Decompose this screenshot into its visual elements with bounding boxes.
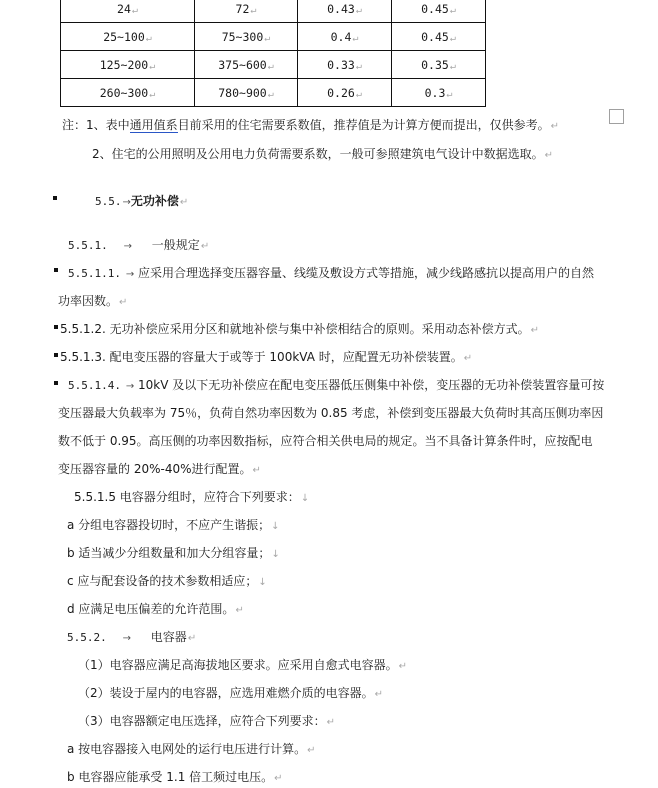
- table-cell: 125~200↵: [61, 51, 195, 79]
- list-bullet-icon: [54, 353, 58, 357]
- list-bullet-icon: [53, 196, 57, 200]
- clause-5-5-1-4-line2: 变压器最大负载率为 75％，负荷自然功率因数为 0.85 考虑，补偿到变压器最大…: [58, 404, 603, 421]
- heading-5-5-2: 5.5.2. → 电容器↵: [67, 628, 196, 645]
- clause-5-5-1-5-d: d 应满足电压偏差的允许范围。↵: [67, 600, 244, 617]
- clause-5-5-1-5-b: b 适当减少分组数量和加大分组容量；↓: [67, 544, 280, 561]
- table-cell: 75~300↵: [195, 23, 298, 51]
- clause-5-5-1-3: 5.5.1.3. 配电变压器的容量大于或等于 100kVA 时，应配置无功补偿装…: [60, 348, 472, 365]
- capacitor-item-3: （3）电容器额定电压选择，应符合下列要求：↵: [78, 712, 335, 729]
- table-cell: 0.43↵: [298, 0, 392, 23]
- table-cell: 24↵: [61, 0, 195, 23]
- list-bullet-icon: [54, 325, 58, 329]
- table-cell: 0.3↵: [392, 79, 486, 107]
- clause-5-5-1-2: 5.5.1.2. 无功补偿应采用分区和就地补偿与集中补偿相结合的原则。采用动态补…: [60, 320, 539, 337]
- spellcheck-underlined-text: 通用值系: [130, 118, 178, 133]
- table-cell: 0.45↵: [392, 0, 486, 23]
- clause-5-5-1-5-c: c 应与配套设备的技术参数相适应；↓: [67, 572, 267, 589]
- list-bullet-icon: [54, 381, 58, 385]
- note-2: 2、住宅的公用照明及公用电力负荷需要系数，一般可参照建筑电气设计中数据选取。↵: [92, 145, 553, 162]
- clause-5-5-1-1-line1: 5.5.1.1. → 应采用合理选择变压器容量、线缆及敷设方式等措施，减少线路感…: [68, 264, 594, 281]
- table-cell: 0.26↵: [298, 79, 392, 107]
- table-cell: 0.4↵: [298, 23, 392, 51]
- text-boundary-corner-marker: [609, 109, 624, 124]
- capacitor-item-3-b: b 电容器应能承受 1.1 倍工频过电压。↵: [67, 768, 283, 785]
- clause-5-5-1-5: 5.5.1.5 电容器分组时，应符合下列要求：↓: [74, 488, 309, 505]
- table-cell: 72↵: [195, 0, 298, 23]
- table-cell: 0.45↵: [392, 23, 486, 51]
- capacitor-item-3-a: a 按电容器接入电网处的运行电压进行计算。↵: [67, 740, 316, 757]
- clause-5-5-1-4-line4: 变压器容量的 20%-40%进行配置。↵: [58, 460, 261, 477]
- heading-5-5: 5.5.→无功补偿↵: [95, 192, 188, 209]
- table-row: 260~300↵ 780~900↵ 0.26↵ 0.3↵: [61, 79, 486, 107]
- table-cell: 780~900↵: [195, 79, 298, 107]
- clause-5-5-1-5-a: a 分组电容器投切时，不应产生谐振；↓: [67, 516, 280, 533]
- table-cell: 375~600↵: [195, 51, 298, 79]
- table-row: 24↵ 72↵ 0.43↵ 0.45↵: [61, 0, 486, 23]
- clause-5-5-1-1-line2: 功率因数。↵: [58, 292, 127, 309]
- list-bullet-icon: [54, 268, 58, 272]
- capacitor-item-1: （1）电容器应满足高海拔地区要求。应采用自愈式电容器。↵: [78, 656, 407, 673]
- table-cell: 0.35↵: [392, 51, 486, 79]
- capacitor-item-2: （2）装设于屋内的电容器，应选用难燃介质的电容器。↵: [78, 684, 383, 701]
- clause-5-5-1-4-line3: 数不低于 0.95。高压侧的功率因数指标，应符合相关供电局的规定。当不具备计算条…: [58, 432, 593, 449]
- clause-5-5-1-4-line1: 5.5.1.4. → 10kV 及以下无功补偿应在配电变压器低压侧集中补偿，变压…: [68, 376, 604, 393]
- table-row: 125~200↵ 375~600↵ 0.33↵ 0.35↵: [61, 51, 486, 79]
- table-row: 25~100↵ 75~300↵ 0.4↵ 0.45↵: [61, 23, 486, 51]
- table-cell: 25~100↵: [61, 23, 195, 51]
- table-cell: 0.33↵: [298, 51, 392, 79]
- demand-coefficient-table: 24↵ 72↵ 0.43↵ 0.45↵ 25~100↵ 75~300↵ 0.4↵…: [60, 0, 486, 107]
- note-1: 注：1、表中通用值系目前采用的住宅需要系数值，推荐值是为计算方便而提出，仅供参考…: [62, 116, 559, 133]
- table-cell: 260~300↵: [61, 79, 195, 107]
- heading-5-5-1: 5.5.1. → 一般规定↵: [68, 236, 209, 253]
